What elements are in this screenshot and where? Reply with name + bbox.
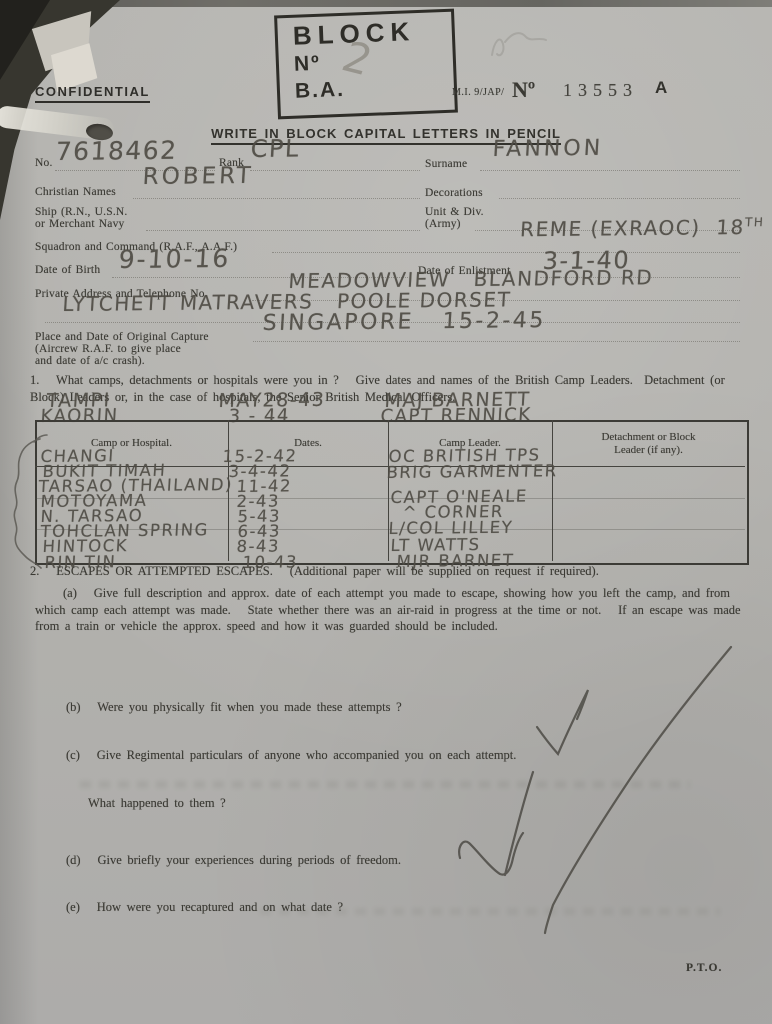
sub-question-b: (b) Were you physically fit when you mad… bbox=[66, 699, 726, 716]
surname-label: Surname bbox=[425, 158, 467, 170]
unit-value-superscript: TH bbox=[745, 215, 765, 229]
christian-names-line bbox=[133, 198, 420, 199]
date-of-birth-label: Date of Birth bbox=[35, 264, 100, 276]
stamp-line-ba: B.A. bbox=[295, 74, 455, 104]
sub-question-a: (a) Give full description and approx. da… bbox=[35, 585, 745, 635]
surname-line bbox=[480, 170, 740, 171]
bleed-through-text bbox=[80, 781, 690, 788]
unit-value-end: DIV bbox=[763, 214, 772, 239]
decorations-label: Decorations bbox=[425, 187, 483, 199]
sub-question-d: (d) Give briefly your experiences during… bbox=[66, 852, 726, 869]
scanned-pow-questionnaire-page: CONFIDENTIAL BLOCK Nº B.A. 2 M.I. 9/JAP/… bbox=[0, 0, 772, 1024]
sub-question-c: (c) Give Regimental particulars of anyon… bbox=[66, 747, 726, 764]
ref-series-letter: A bbox=[655, 78, 667, 98]
leader-cell: BRIG GARMENTER bbox=[386, 463, 558, 481]
rank-value: CPL bbox=[250, 136, 301, 161]
ship-label-line2: or Merchant Navy bbox=[35, 218, 125, 230]
nil-handwriting bbox=[459, 647, 731, 933]
date-of-birth-value: 9-10-16 bbox=[118, 246, 231, 272]
confidential-label: CONFIDENTIAL bbox=[35, 84, 150, 103]
surname-value: FANNON bbox=[492, 138, 604, 161]
service-no-label: No. bbox=[35, 157, 53, 169]
capture-label-line2: (Aircrew R.A.F. to give place bbox=[35, 343, 181, 355]
sub-question-c-followup: What happened to them ? bbox=[88, 795, 688, 812]
faint-pencil-squiggle bbox=[492, 33, 546, 55]
ref-no-label: Nº bbox=[512, 77, 535, 103]
christian-names-value: ROBERT bbox=[142, 165, 254, 189]
service-no-value: 7618462 bbox=[55, 138, 178, 164]
unit-label-line1: Unit & Div. bbox=[425, 206, 484, 218]
pto-label: P.T.O. bbox=[686, 962, 722, 974]
ref-prefix: M.I. 9/JAP/ bbox=[452, 87, 504, 98]
ship-line bbox=[146, 230, 420, 231]
rank-line bbox=[250, 170, 420, 171]
ref-number: 13553 bbox=[563, 80, 638, 101]
capture-value: SINGAPORE 15-2-45 bbox=[262, 310, 546, 335]
table-header-detachment-line1: Detachment or Block bbox=[552, 431, 745, 443]
question-2-text: 2. ESCAPES OR ATTEMPTED ESCAPES. (Additi… bbox=[30, 563, 746, 580]
capture-line bbox=[253, 341, 740, 342]
capture-label-line3: and date of a/c crash). bbox=[35, 355, 145, 367]
capture-label-line1: Place and Date of Original Capture bbox=[35, 331, 209, 343]
ship-label-line1: Ship (R.N., U.S.N. bbox=[35, 206, 128, 218]
table-header-detachment-line2: Leader (if any). bbox=[552, 444, 745, 456]
christian-names-label: Christian Names bbox=[35, 186, 116, 198]
bleed-through-text bbox=[260, 908, 720, 915]
unit-label-line2: (Army) bbox=[425, 218, 461, 230]
unit-value-main: REME (EXRAOC) 18 bbox=[520, 215, 746, 241]
